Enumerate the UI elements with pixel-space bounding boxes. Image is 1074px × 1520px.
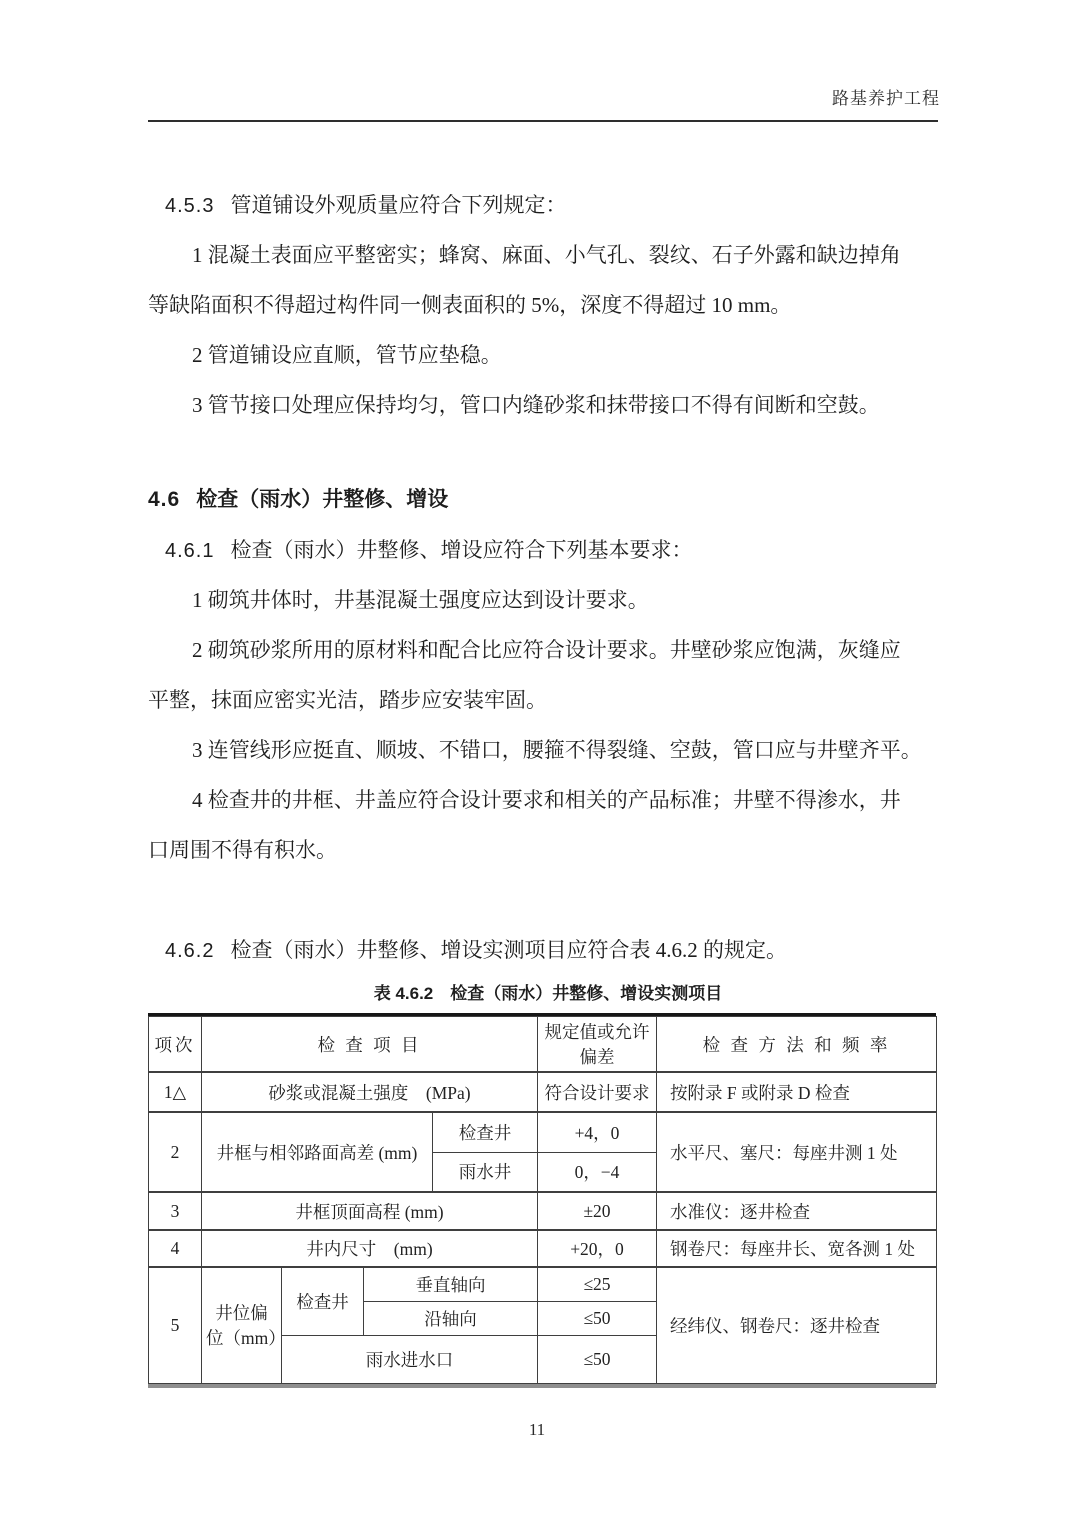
document-page: 路基养护工程 4.5.3管道铺设外观质量应符合下列规定： 1 混凝土表面应平整密…	[0, 0, 1074, 1520]
table-caption: 表 4.6.2 检查（雨水）井整修、增设实测项目	[148, 975, 948, 1013]
table-row-5a: 5 井位偏 位（mm） 检查井 垂直轴向 ≤25 经纬仪、钢卷尺：逐井检查	[149, 1267, 937, 1301]
section-heading-4-6-2: 4.6.2检查（雨水）井整修、增设实测项目应符合表 4.6.2 的规定。	[148, 925, 948, 975]
cell-row1-no: 1△	[149, 1072, 202, 1112]
cell-row2-item: 井框与相邻路面高差 (mm)	[202, 1112, 433, 1192]
cell-row2-sub2: 雨水井	[433, 1152, 538, 1192]
cell-row5-axis1: 垂直轴向	[364, 1267, 538, 1301]
section-number: 4.6.1	[165, 540, 214, 562]
page-content: 4.5.3管道铺设外观质量应符合下列规定： 1 混凝土表面应平整密实；蜂窝、麻面…	[148, 180, 948, 1388]
cell-row3-no: 3	[149, 1192, 202, 1230]
cell-row2-sub1: 检查井	[433, 1112, 538, 1152]
header-cell-no: 项次	[149, 1017, 202, 1073]
table-row-4: 4 井内尺寸 (mm) +20，0 钢卷尺：每座井长、宽各测 1 处	[149, 1230, 937, 1267]
cell-row2-tol1: +4，0	[538, 1112, 657, 1152]
section-title: 检查（雨水）井整修、增设实测项目应符合表 4.6.2 的规定。	[230, 938, 787, 962]
section-heading-4-6-1: 4.6.1检查（雨水）井整修、增设应符合下列基本要求：	[148, 525, 948, 575]
cell-row3-item: 井框顶面高程 (mm)	[202, 1192, 538, 1230]
running-title: 路基养护工程	[832, 84, 940, 109]
paragraph-4-5-3-item1-line2: 等缺陷面积不得超过构件同一侧表面积的 5%，深度不得超过 10 mm。	[148, 280, 948, 330]
cell-row5-group: 检查井	[282, 1267, 364, 1335]
paragraph-4-6-1-item2-line1: 2 砌筑砂浆所用的原材料和配合比应符合设计要求。井壁砂浆应饱满，灰缝应	[148, 625, 948, 675]
cell-row5-tol2: ≤50	[538, 1301, 657, 1335]
cell-row2-tol2: 0，−4	[538, 1152, 657, 1192]
page-number: 11	[0, 1416, 1074, 1444]
paragraph-4-6-1-item4-line2: 口周围不得有积水。	[148, 825, 948, 875]
table-row-2a: 2 井框与相邻路面高差 (mm) 检查井 +4，0 水平尺、塞尺：每座井测 1 …	[149, 1112, 937, 1152]
spec-table: 项次 检 查 项 目 规定值或允许 偏差 检 查 方 法 和 频 率 1△ 砂浆…	[148, 1016, 937, 1384]
table-row-1: 1△ 砂浆或混凝土强度 (MPa) 符合设计要求 按附录 F 或附录 D 检查	[149, 1072, 937, 1112]
cell-row4-no: 4	[149, 1230, 202, 1267]
section-number: 4.5.3	[165, 195, 214, 217]
cell-row4-method: 钢卷尺：每座井长、宽各测 1 处	[657, 1230, 937, 1267]
cell-row5-tol1: ≤25	[538, 1267, 657, 1301]
paragraph-4-6-1-item4-line1: 4 检查井的井框、井盖应符合设计要求和相关的产品标准；井壁不得渗水，井	[148, 775, 948, 825]
cell-row5-axis2: 沿轴向	[364, 1301, 538, 1335]
section-number: 4.6	[148, 488, 180, 511]
table-header-row: 项次 检 查 项 目 规定值或允许 偏差 检 查 方 法 和 频 率	[149, 1017, 937, 1073]
table-row-3: 3 井框顶面高程 (mm) ±20 水准仪：逐井检查	[149, 1192, 937, 1230]
table-4-6-2: 项次 检 查 项 目 规定值或允许 偏差 检 查 方 法 和 频 率 1△ 砂浆…	[148, 1013, 936, 1388]
cell-row4-item: 井内尺寸 (mm)	[202, 1230, 538, 1267]
paragraph-4-6-1-item1: 1 砌筑井体时，井基混凝土强度应达到设计要求。	[148, 575, 948, 625]
cell-row3-tolerance: ±20	[538, 1192, 657, 1230]
section-number: 4.6.2	[165, 940, 214, 962]
cell-row5-inlet: 雨水进水口	[282, 1335, 538, 1383]
cell-row5-item: 井位偏 位（mm）	[202, 1267, 282, 1383]
cell-row5-no: 5	[149, 1267, 202, 1383]
section-title: 检查（雨水）井整修、增设应符合下列基本要求：	[230, 538, 692, 562]
section-heading-4-6: 4.6检查（雨水）井整修、增设	[148, 475, 948, 525]
header-cell-item: 检 查 项 目	[202, 1017, 538, 1073]
section-title: 管道铺设外观质量应符合下列规定：	[230, 193, 566, 217]
section-title: 检查（雨水）井整修、增设	[196, 488, 448, 511]
cell-row3-method: 水准仪：逐井检查	[657, 1192, 937, 1230]
paragraph-4-6-1-item2-line2: 平整，抹面应密实光洁，踏步应安装牢固。	[148, 675, 948, 725]
paragraph-4-5-3-item1-line1: 1 混凝土表面应平整密实；蜂窝、麻面、小气孔、裂纹、石子外露和缺边掉角	[148, 230, 948, 280]
cell-row4-tolerance: +20，0	[538, 1230, 657, 1267]
paragraph-4-6-1-item3: 3 连管线形应挺直、顺坡、不错口，腰箍不得裂缝、空鼓，管口应与井壁齐平。	[148, 725, 948, 775]
cell-row1-method: 按附录 F 或附录 D 检查	[657, 1072, 937, 1112]
cell-row2-no: 2	[149, 1112, 202, 1192]
section-heading-4-5-3: 4.5.3管道铺设外观质量应符合下列规定：	[148, 180, 948, 230]
paragraph-4-5-3-item2: 2 管道铺设应直顺，管节应垫稳。	[148, 330, 948, 380]
cell-row2-method: 水平尺、塞尺：每座井测 1 处	[657, 1112, 937, 1192]
header-cell-tolerance: 规定值或允许 偏差	[538, 1017, 657, 1073]
cell-row5-tol3: ≤50	[538, 1335, 657, 1383]
cell-row1-tolerance: 符合设计要求	[538, 1072, 657, 1112]
header-cell-method: 检 查 方 法 和 频 率	[657, 1017, 937, 1073]
header-rule	[148, 120, 938, 122]
cell-row5-method: 经纬仪、钢卷尺：逐井检查	[657, 1267, 937, 1383]
paragraph-4-5-3-item3: 3 管节接口处理应保持均匀，管口内缝砂浆和抹带接口不得有间断和空鼓。	[148, 380, 948, 430]
cell-row1-item: 砂浆或混凝土强度 (MPa)	[202, 1072, 538, 1112]
